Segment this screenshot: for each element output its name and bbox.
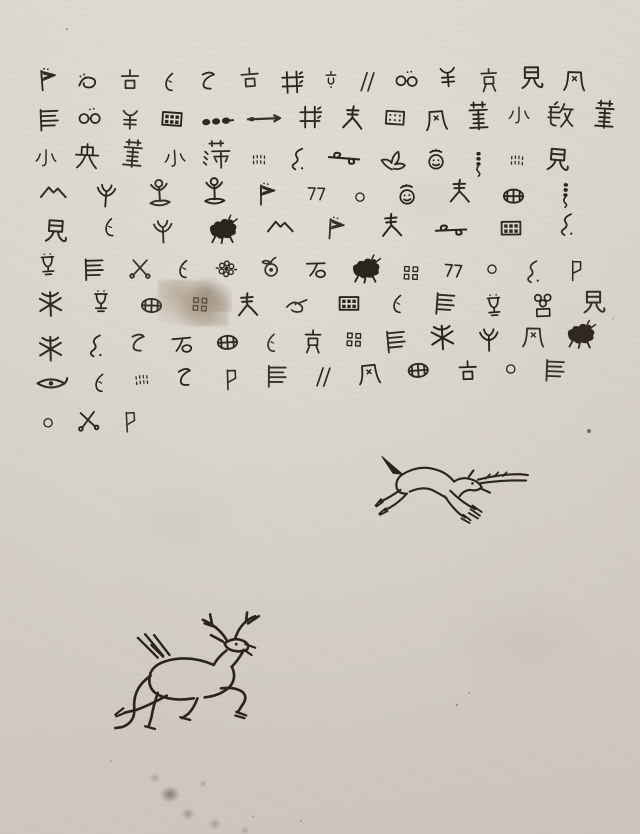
glyph-sprout (146, 215, 179, 248)
glyph-leaf (374, 144, 409, 179)
glyph-rings (391, 64, 423, 96)
glyph-ping (200, 140, 236, 176)
glyph-circle (36, 411, 59, 434)
running-deer-figure (368, 452, 540, 548)
glyph-stone (166, 329, 199, 362)
glyph-mountain (36, 175, 70, 209)
glyph-comb (428, 286, 462, 320)
glyph-double7 (438, 256, 467, 285)
glyph-goblet (86, 288, 116, 318)
glyph-tree (141, 175, 178, 212)
glyph-gridfill (494, 210, 528, 244)
glyph-rings (75, 102, 105, 132)
glyph-xiao (161, 145, 188, 172)
bottom-smudge-stain (128, 762, 278, 834)
glyph-cluster (526, 288, 559, 321)
glyph-wingspear (324, 137, 365, 178)
glyph-scribble (203, 211, 240, 248)
glyph-scissors (72, 403, 105, 436)
glyph-yi (123, 328, 154, 359)
glyph-gu (234, 63, 266, 95)
glyph-comb (78, 252, 111, 285)
glyph-dots (247, 149, 271, 173)
glyph-scribble (346, 250, 383, 287)
glyph-fan (420, 104, 452, 136)
glyph-goblet (478, 290, 510, 322)
glyph-shi (374, 209, 409, 244)
glyph-gu (452, 356, 483, 387)
glyph-flag (252, 180, 282, 210)
pictograph-row (33, 286, 613, 323)
glyph-fan (559, 65, 590, 96)
pictograph-row (33, 249, 613, 290)
glyph-slashes (309, 363, 337, 391)
glyph-dong (586, 98, 623, 135)
glyph-beads (198, 102, 237, 141)
glyph-shi (335, 102, 369, 136)
glyph-hook (384, 292, 412, 320)
glyph-dots (504, 149, 529, 174)
glyph-beadcol (464, 149, 493, 178)
glyph-gulegs (473, 65, 504, 96)
glyph-shi (230, 289, 265, 324)
glyph-comb (538, 354, 571, 387)
glyph-sheep (115, 105, 146, 136)
glyph-swirl (73, 67, 104, 98)
glyph-stone (301, 255, 332, 286)
glyph-mountain (264, 210, 298, 244)
glyph-double7 (301, 179, 329, 207)
glyph-fruit (255, 251, 287, 283)
glyph-star (33, 331, 69, 367)
glyph-dong (460, 100, 496, 136)
glyph-circle (480, 257, 503, 280)
glyph-xiao (506, 103, 532, 129)
glyph-star (424, 319, 461, 356)
glyph-circle (500, 357, 522, 379)
glyph-dots (129, 368, 155, 394)
glyph-gridfill (154, 100, 190, 136)
glyph-gridfill (332, 286, 366, 320)
glyph-scurve (552, 209, 583, 240)
glyph-beadcol (550, 179, 580, 209)
glyph-well (294, 100, 326, 132)
glyph-fan (352, 358, 385, 391)
pictograph-row (39, 208, 613, 249)
glyph-comb (32, 103, 65, 136)
glyph-sprout (89, 179, 123, 213)
glyph-xiao (33, 146, 59, 172)
glyph-hookdot (319, 67, 343, 91)
glyph-scurve (81, 331, 111, 361)
glyph-yang (70, 140, 103, 173)
pictograph-text-block (33, 64, 613, 440)
glyph-net (209, 324, 246, 361)
manuscript-photo: { "page": { "paper_color": "#d6d0c7", "i… (0, 0, 640, 834)
glyph-bird (281, 288, 314, 321)
prancing-deer-figure (100, 608, 285, 748)
glyph-tree (196, 174, 232, 210)
paper-specks (0, 0, 2, 2)
glyph-slashes (354, 68, 382, 96)
glyph-flag (320, 214, 352, 246)
glyph-sheep (432, 61, 464, 93)
pictograph-row (33, 60, 613, 101)
glyph-flag (32, 64, 64, 96)
glyph-yi (193, 65, 225, 97)
glyph-jian (515, 61, 548, 94)
glyph-jian (540, 142, 576, 178)
glyph-comb (261, 360, 293, 392)
glyph-goblet (32, 250, 64, 282)
glyph-shi (442, 176, 476, 210)
glyph-jian (577, 286, 610, 319)
glyph-fan (518, 322, 548, 352)
glyph-seal (116, 408, 143, 435)
glyph-gulegs (298, 326, 328, 356)
glyph-well (275, 65, 308, 98)
glyph-hook (258, 331, 286, 359)
glyph-quad (397, 259, 424, 286)
glyph-hook (86, 370, 114, 398)
glyph-jian (38, 214, 73, 249)
glyph-seal (218, 366, 245, 393)
glyph-quad (340, 325, 367, 352)
glyph-wingspear (431, 210, 471, 250)
glyph-face (420, 143, 453, 176)
pictograph-row (33, 99, 613, 138)
glyph-eye (33, 365, 69, 401)
glyph-seal (563, 257, 589, 283)
glyph-face (390, 178, 424, 212)
glyph-dong (114, 137, 152, 175)
glyph-yi (170, 362, 202, 394)
glyph-net (400, 352, 437, 389)
glyph-scissors (125, 252, 155, 282)
glyph-grid (378, 100, 412, 134)
glyph-min (541, 101, 577, 137)
glyph-star (32, 286, 68, 322)
glyph-hook (156, 70, 184, 98)
glyph-scurve (518, 257, 549, 288)
glyph-scurve (282, 144, 313, 175)
glyph-circle (348, 185, 372, 209)
glyph-gu (115, 66, 145, 96)
glyph-hook (95, 215, 124, 244)
glyph-spear (244, 98, 284, 138)
ink-stain-small (192, 278, 232, 312)
